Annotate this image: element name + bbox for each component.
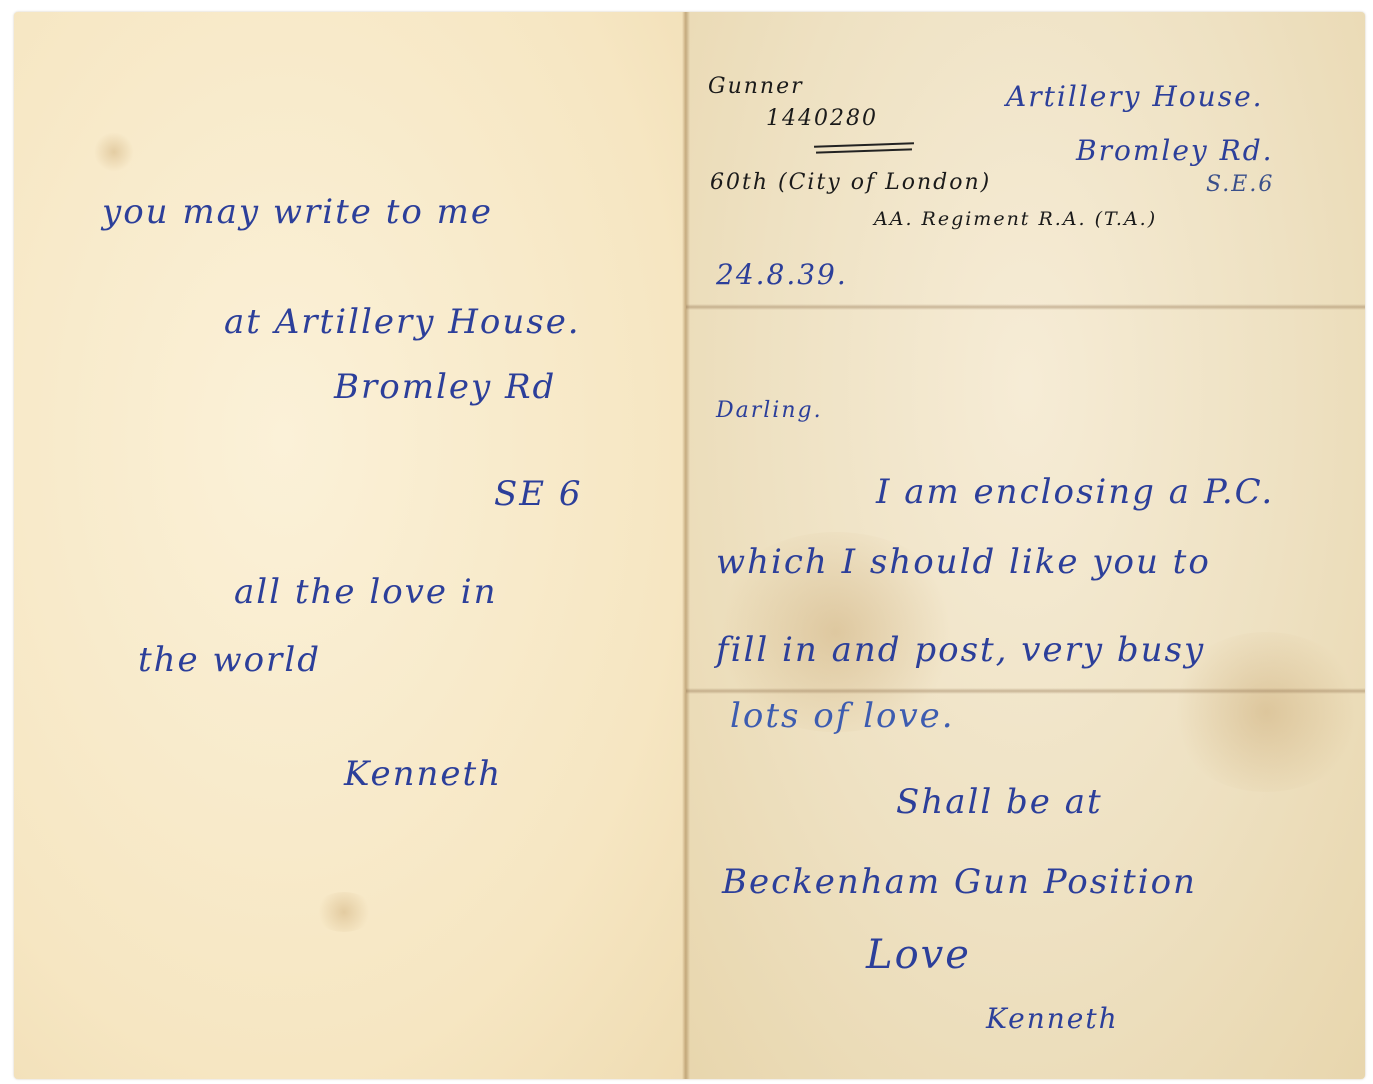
right-page: Gunner 1440280 60th (City of London) AA.… [686,12,1365,1079]
center-fold [682,12,690,1079]
left-line-2: at Artillery House. [224,302,581,342]
address-line-3: S.E.6 [1206,172,1274,197]
letter-date: 24.8.39. [716,258,848,291]
left-signature: Kenneth [344,754,502,794]
body-line-3: fill in and post, very busy [716,630,1205,670]
address-line-2: Bromley Rd. [1076,134,1274,167]
body-line-2: which I should like you to [716,542,1211,582]
closing-line-2: Beckenham Gun Position [722,862,1197,902]
left-line-6: the world [138,640,321,680]
left-line-3: Bromley Rd [334,367,556,407]
body-line-1: I am enclosing a P.C. [876,472,1274,512]
address-line-1: Artillery House. [1006,80,1264,113]
closing-love: Love [866,932,971,978]
paper-stain [94,132,134,172]
left-line-4: SE 6 [494,474,583,514]
left-line-1: you may write to me [102,192,493,232]
salutation: Darling. [716,398,823,423]
left-line-5: all the love in [234,572,498,612]
paper-stain [314,892,374,932]
unit-line-1: 60th (City of London) [710,170,991,195]
body-line-4: lots of love. [730,696,955,736]
double-underline [816,148,912,153]
left-page: you may write to me at Artillery House. … [14,12,686,1079]
horizontal-fold [686,304,1365,310]
sender-rank: Gunner [708,74,804,99]
closing-line-1: Shall be at [896,782,1103,822]
unit-line-2: AA. Regiment R.A. (T.A.) [874,208,1157,230]
signature: Kenneth [986,1002,1119,1035]
sender-number: 1440280 [766,106,878,131]
letter-sheet: you may write to me at Artillery House. … [14,12,1365,1079]
horizontal-fold [686,688,1365,694]
double-underline [814,142,914,147]
